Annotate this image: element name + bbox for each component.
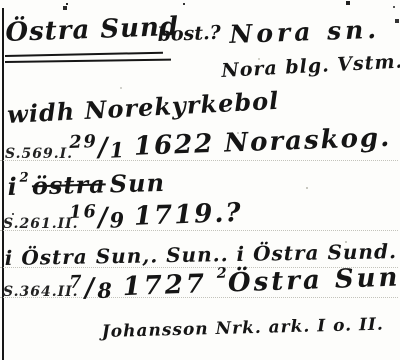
source-citation: Johansson Nrk. ark. I o. II. bbox=[101, 315, 384, 342]
fraction-slash: / bbox=[84, 273, 98, 303]
title-type-note: bost.? bbox=[157, 22, 221, 46]
title-underline bbox=[5, 59, 171, 63]
date-fraction: 29/1 bbox=[69, 132, 127, 164]
ref-label-3: S.364.II. bbox=[3, 284, 79, 300]
date-entry-1: 29/11622Noraskog. bbox=[69, 123, 392, 164]
crossed-prefix: i bbox=[7, 172, 18, 201]
crossed-suffix: Sun bbox=[109, 168, 165, 198]
attested-name: Noraskog. bbox=[224, 123, 392, 159]
card-left-edge bbox=[2, 8, 4, 360]
card-title: Östra Sund bbox=[5, 12, 180, 48]
attested-name: Östra Sund bbox=[227, 262, 400, 299]
date-month: 1 bbox=[109, 138, 126, 164]
insertion-mark: 2 bbox=[19, 171, 30, 186]
attestation-line: widh Norekyrkebol bbox=[6, 86, 279, 129]
scan-specks bbox=[0, 0, 2, 2]
date-year: 1622 bbox=[133, 129, 214, 162]
date-month: 8 bbox=[97, 278, 115, 304]
date-entry-2: 16/91719.? bbox=[69, 198, 243, 234]
date-day: 16 bbox=[69, 201, 98, 223]
archive-card: Östra Sund bost.? Nora sn. Nora blg. Vst… bbox=[0, 0, 400, 360]
date-year: 1727 bbox=[122, 269, 207, 302]
struck-word: östra bbox=[32, 169, 107, 200]
insertion-mark: 2 bbox=[216, 266, 230, 282]
date-fraction: 16/9 bbox=[69, 202, 127, 234]
ref-label-2: S.261.II. bbox=[3, 216, 79, 232]
date-year: 1719.? bbox=[133, 198, 243, 232]
date-day: 7 bbox=[69, 272, 85, 294]
title-underline bbox=[5, 52, 163, 57]
district-name: Nora blg. Vstm. bbox=[221, 51, 400, 82]
date-fraction: 7/8 bbox=[69, 272, 115, 304]
date-day: 29 bbox=[69, 131, 98, 153]
date-month: 9 bbox=[109, 208, 126, 234]
crossed-out-line: i2östraSun bbox=[7, 168, 165, 201]
parish-name: Nora sn. bbox=[229, 15, 380, 49]
ref-label-1: S.569.I. bbox=[5, 146, 73, 162]
